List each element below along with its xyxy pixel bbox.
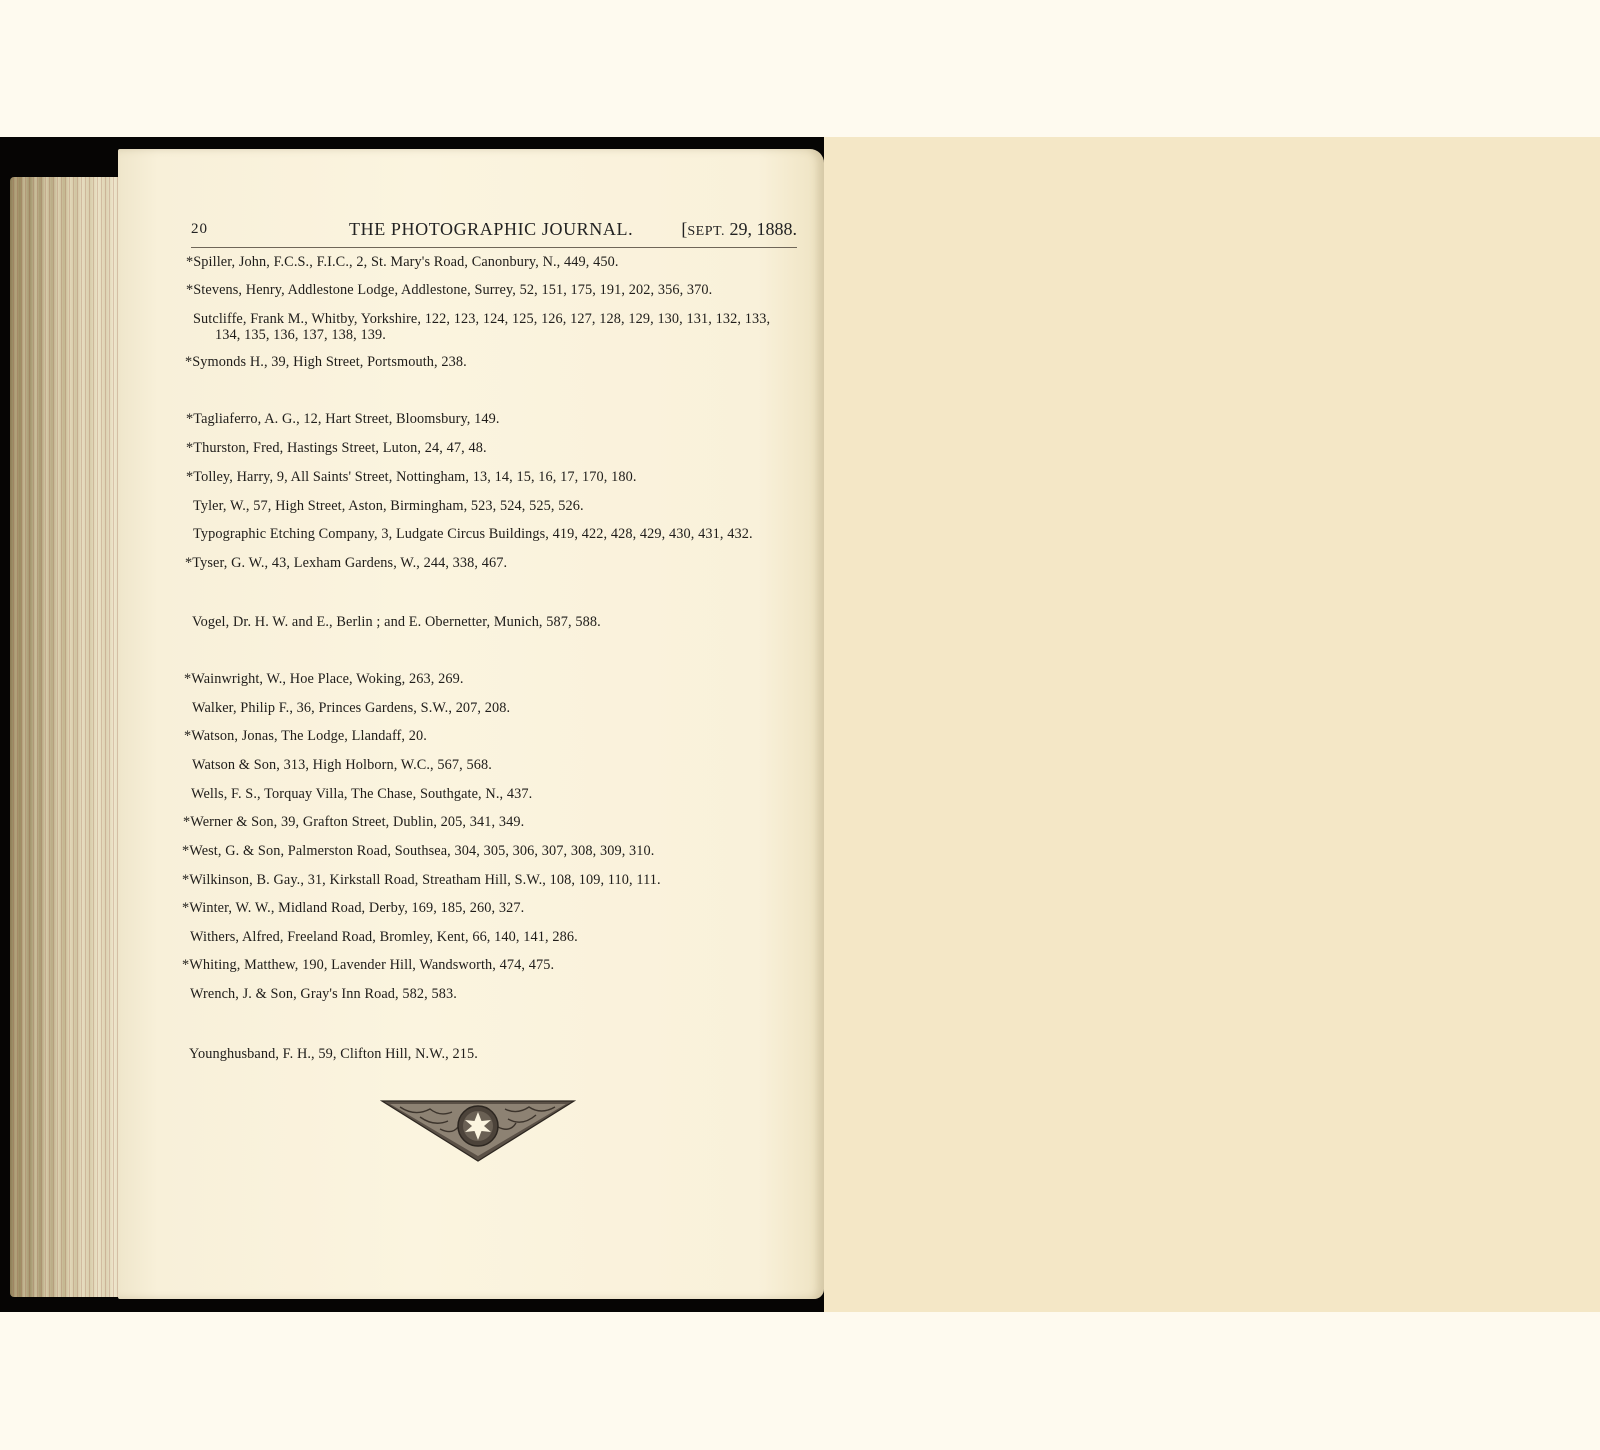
list-item: *Tagliaferro, A. G., 12, Hart Street, Bl…: [186, 411, 500, 428]
entry-text: Sutcliffe, Frank M., Whitby, Yorkshire, …: [193, 311, 770, 327]
list-item: *Winter, W. W., Midland Road, Derby, 169…: [182, 900, 524, 917]
list-item: *Whiting, Matthew, 190, Lavender Hill, W…: [182, 957, 554, 974]
book-page: 20 THE PHOTOGRAPHIC JOURNAL. [Sept. 29, …: [118, 149, 824, 1299]
list-item: *Wilkinson, B. Gay., 31, Kirkstall Road,…: [182, 872, 661, 889]
running-header: 20 THE PHOTOGRAPHIC JOURNAL. [Sept. 29, …: [191, 219, 797, 248]
page-number: 20: [191, 221, 208, 238]
list-item: *Spiller, John, F.C.S., F.I.C., 2, St. M…: [186, 254, 619, 271]
list-item: Wells, F. S., Torquay Villa, The Chase, …: [191, 786, 532, 803]
list-item: *West, G. & Son, Palmerston Road, Souths…: [182, 843, 654, 860]
date-rest: 29, 1888.: [725, 219, 797, 239]
list-item: Typographic Etching Company, 3, Ludgate …: [193, 526, 753, 543]
list-item: *Watson, Jonas, The Lodge, Llandaff, 20.: [184, 728, 427, 745]
list-item: Withers, Alfred, Freeland Road, Bromley,…: [190, 929, 578, 946]
list-item: *Stevens, Henry, Addlestone Lodge, Addle…: [186, 282, 712, 299]
list-item: *Tolley, Harry, 9, All Saints' Street, N…: [186, 469, 637, 486]
date-month: Sept.: [687, 224, 725, 239]
journal-title: THE PHOTOGRAPHIC JOURNAL.: [349, 219, 633, 240]
list-item: *Thurston, Fred, Hastings Street, Luton,…: [186, 440, 487, 457]
list-item: Walker, Philip F., 36, Princes Gardens, …: [192, 700, 510, 717]
list-item: Younghusband, F. H., 59, Clifton Hill, N…: [189, 1046, 478, 1063]
list-item: Watson & Son, 313, High Holborn, W.C., 5…: [192, 757, 492, 774]
scanned-book-image: 20 THE PHOTOGRAPHIC JOURNAL. [Sept. 29, …: [0, 137, 1600, 1312]
triangular-star-tailpiece-icon: [380, 1099, 576, 1163]
list-item: *Symonds H., 39, High Street, Portsmouth…: [185, 354, 467, 371]
blank-right-panel: [824, 137, 1600, 1312]
list-item: Wrench, J. & Son, Gray's Inn Road, 582, …: [190, 986, 457, 1003]
list-item: *Tyser, G. W., 43, Lexham Gardens, W., 2…: [185, 555, 507, 572]
page-edges-stack: [10, 177, 120, 1297]
list-item: *Wainwright, W., Hoe Place, Woking, 263,…: [184, 671, 464, 688]
list-item: Sutcliffe, Frank M., Whitby, Yorkshire, …: [193, 311, 770, 344]
list-item: Tyler, W., 57, High Street, Aston, Birmi…: [193, 498, 584, 515]
list-item: Vogel, Dr. H. W. and E., Berlin ; and E.…: [192, 614, 601, 631]
issue-date: [Sept. 29, 1888.: [681, 219, 797, 240]
entry-continuation: 134, 135, 136, 137, 138, 139.: [193, 327, 770, 344]
list-item: *Werner & Son, 39, Grafton Street, Dubli…: [183, 814, 524, 831]
